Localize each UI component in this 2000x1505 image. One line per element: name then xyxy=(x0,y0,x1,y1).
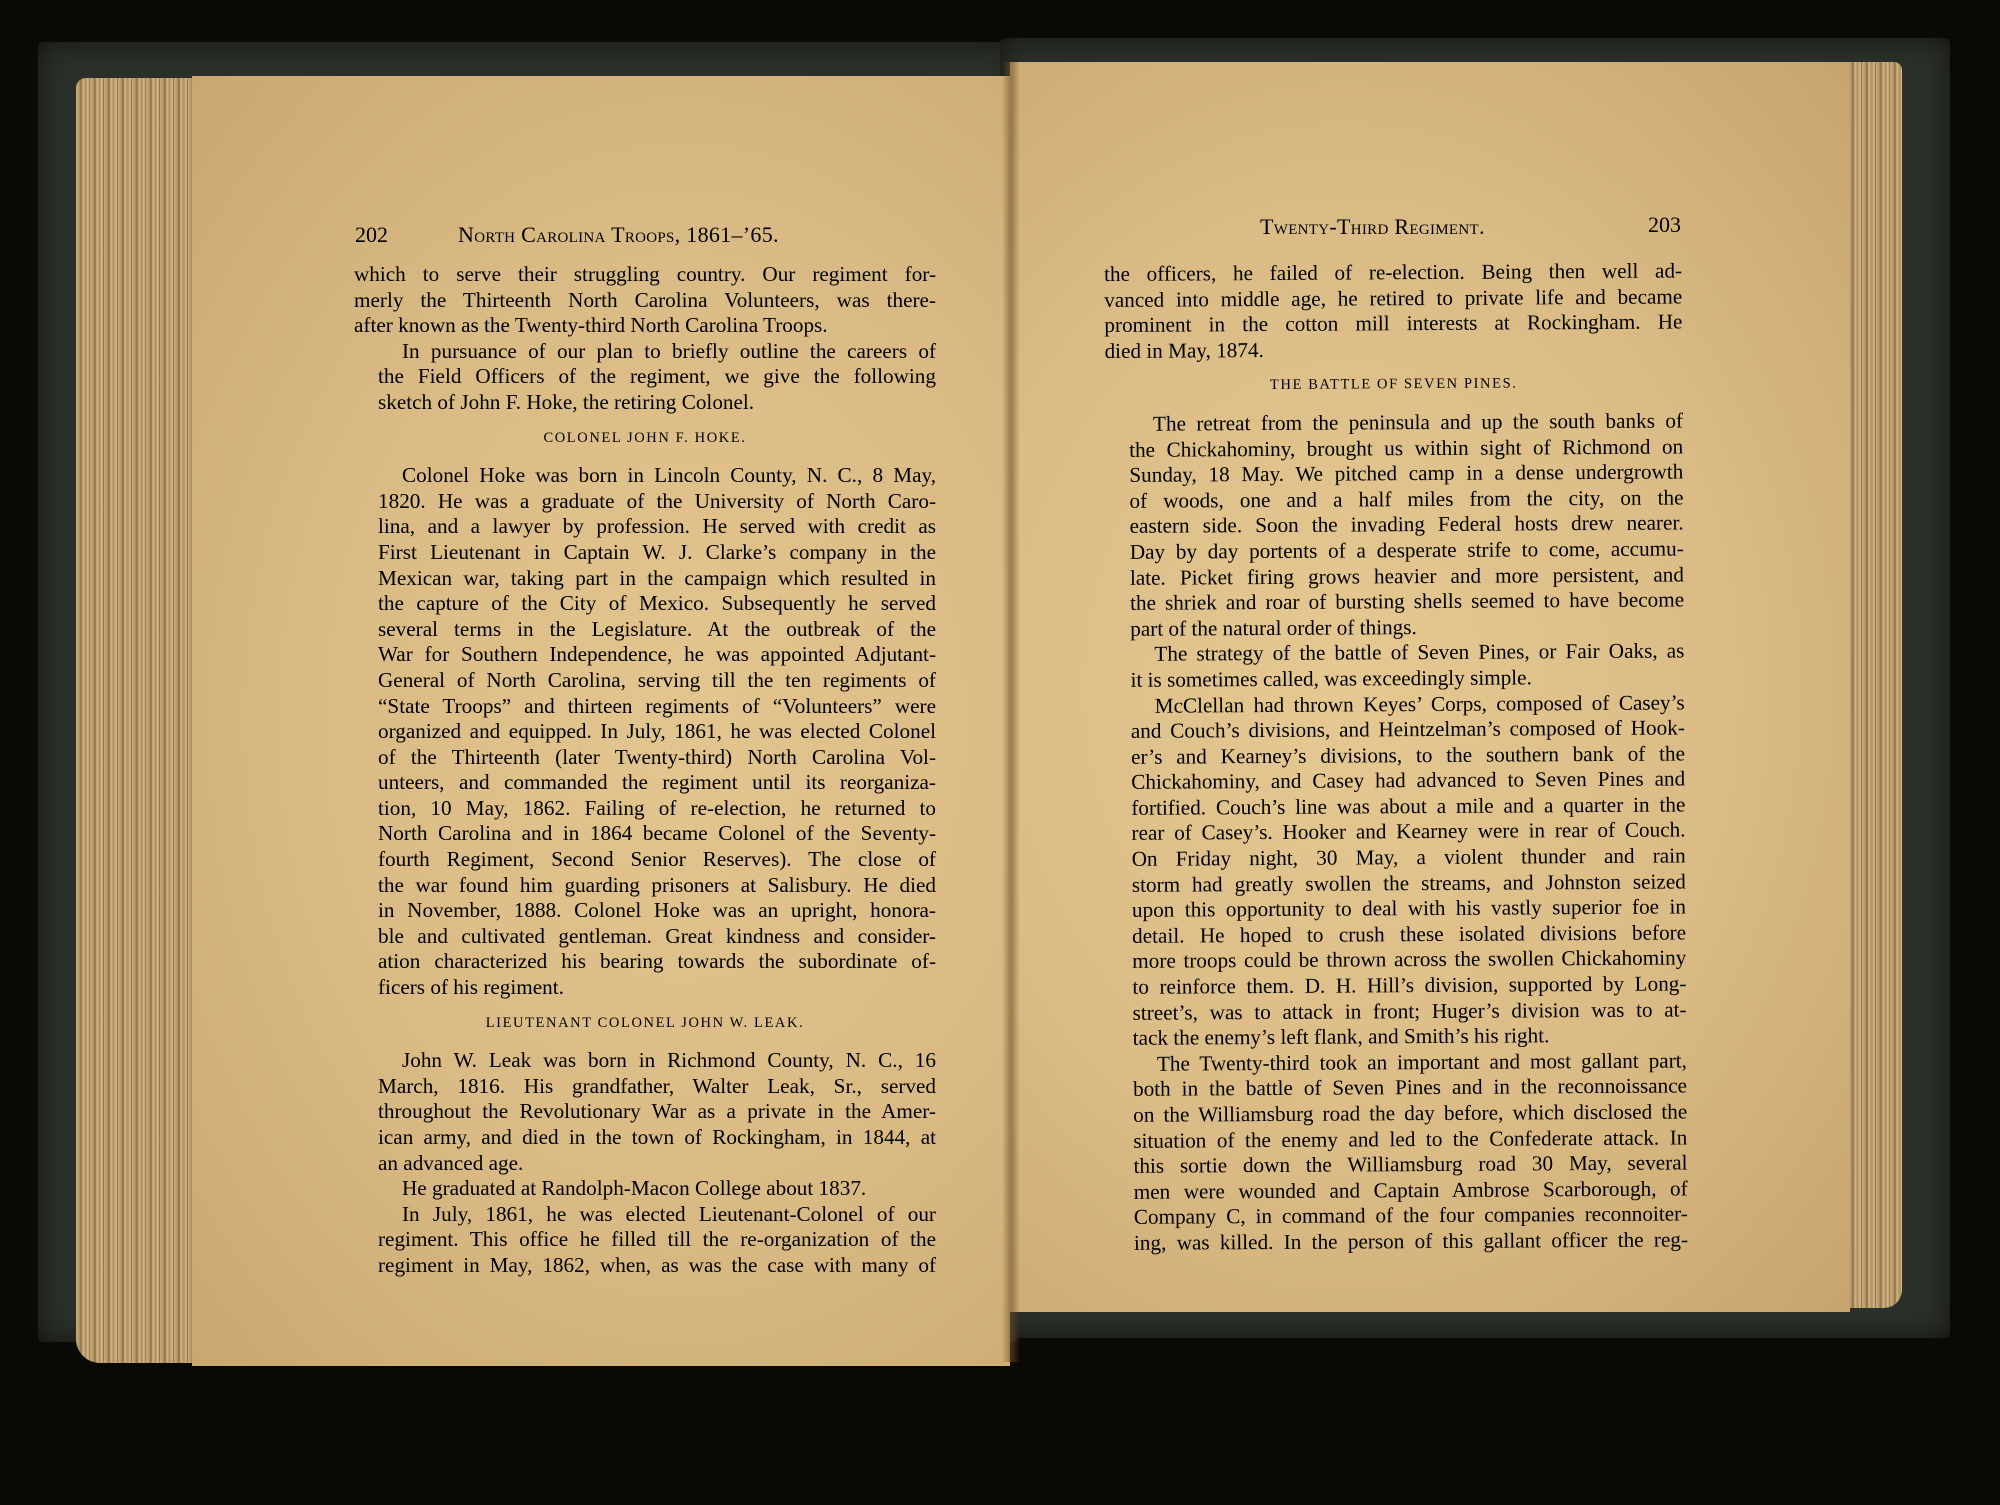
text-line: detail. He hoped to crush these isolated… xyxy=(1108,920,1686,949)
text-line: after known as the Twenty-third North Ca… xyxy=(354,313,936,339)
paragraph: John W. Leak was born in Richmond County… xyxy=(354,1048,936,1176)
right-page-number: 203 xyxy=(1648,212,1681,238)
text-line: Sunday, 18 May. We pitched camp in a den… xyxy=(1105,460,1683,489)
section-heading: LIEUTENANT COLONEL JOHN W. LEAK. xyxy=(354,1011,936,1037)
text-line: to reinforce them. D. H. Hill’s division… xyxy=(1108,971,1686,1000)
left-page-number: 202 xyxy=(355,222,388,248)
text-line: ficers of his regiment. xyxy=(354,975,936,1001)
book-gutter xyxy=(1002,62,1020,1362)
text-line: upon this opportunity to deal with his v… xyxy=(1108,895,1686,924)
text-line: sketch of John F. Hoke, the retiring Col… xyxy=(354,390,936,416)
text-line: The strategy of the battle of Seven Pine… xyxy=(1106,639,1684,668)
text-line: er’s and Kearney’s divisions, to the sou… xyxy=(1107,741,1685,770)
text-line: in November, 1888. Colonel Hoke was an u… xyxy=(354,898,936,924)
text-line: men were wounded and Captain Ambrose Sca… xyxy=(1110,1176,1688,1205)
text-line: ing, was killed. In the person of this g… xyxy=(1110,1227,1688,1256)
text-line: vanced into middle age, he retired to pr… xyxy=(1104,284,1682,313)
paragraph: In July, 1861, he was elected Lieutenant… xyxy=(354,1202,936,1279)
page-edges-right xyxy=(1848,62,1902,1308)
text-line: War for Southern Independence, he was ap… xyxy=(354,642,936,668)
text-line: The Twenty-third took an important and m… xyxy=(1109,1048,1687,1077)
text-line: General of North Carolina, serving till … xyxy=(354,668,936,694)
paragraph: The strategy of the battle of Seven Pine… xyxy=(1106,639,1684,694)
text-line: tion, 10 May, 1862. Failing of re-electi… xyxy=(354,796,936,822)
text-line: tack the enemy’s left flank, and Smith’s… xyxy=(1109,1023,1687,1052)
text-line: late. Picket firing grows heavier and mo… xyxy=(1106,562,1684,591)
paragraph: The Twenty-third took an important and m… xyxy=(1109,1048,1688,1256)
text-line: merly the Thirteenth North Carolina Volu… xyxy=(354,288,936,314)
text-line: organized and equipped. In July, 1861, h… xyxy=(354,719,936,745)
text-line: more troops could be thrown across the s… xyxy=(1108,946,1686,975)
text-line: “State Troops” and thirteen regiments of… xyxy=(354,694,936,720)
text-line: March, 1816. His grandfather, Walter Lea… xyxy=(354,1074,936,1100)
text-line: rear of Casey’s. Hooker and Kearney were… xyxy=(1107,818,1685,847)
text-line: Company C, in command of the four compan… xyxy=(1110,1202,1688,1231)
text-line: lina, and a lawyer by profession. He ser… xyxy=(354,514,936,540)
right-running-head: Twenty-Third Regiment. xyxy=(1260,214,1485,240)
paragraph: McClellan had thrown Keyes’ Corps, compo… xyxy=(1107,690,1687,1052)
text-line: situation of the enemy and led to the Co… xyxy=(1109,1125,1687,1154)
text-line: which to serve their struggling country.… xyxy=(354,262,936,288)
paragraph: Colonel Hoke was born in Lincoln County,… xyxy=(354,463,936,1000)
text-line: regiment in May, 1862, when, as was the … xyxy=(354,1253,936,1279)
left-page-text: which to serve their struggling country.… xyxy=(354,262,936,1279)
text-line: He graduated at Randolph-Macon College a… xyxy=(354,1176,936,1202)
paragraph: which to serve their struggling country.… xyxy=(354,262,936,339)
text-line: the officers, he failed of re-election. … xyxy=(1104,258,1682,287)
text-line: unteers, and commanded the regiment unti… xyxy=(354,770,936,796)
right-running-head-text: Twenty-Third Regiment. xyxy=(1260,214,1485,239)
section-heading: THE BATTLE OF SEVEN PINES. xyxy=(1105,371,1683,400)
text-line: part of the natural order of things. xyxy=(1106,613,1684,642)
text-line: John W. Leak was born in Richmond County… xyxy=(354,1048,936,1074)
text-line: 1820. He was a graduate of the Universit… xyxy=(354,489,936,515)
text-line: street’s, was to attack in front; Huger’… xyxy=(1109,997,1687,1026)
text-line: ation characterized his bearing towards … xyxy=(354,949,936,975)
text-line: on the Williamsburg road the day before,… xyxy=(1109,1099,1687,1128)
text-line: Mexican war, taking part in the campaign… xyxy=(354,566,936,592)
text-line: died in May, 1874. xyxy=(1104,335,1682,364)
text-line: The retreat from the peninsula and up th… xyxy=(1105,408,1683,437)
left-running-head-text: North Carolina Troops, 1861–’65. xyxy=(458,222,779,247)
text-line: In pursuance of our plan to briefly outl… xyxy=(354,339,936,365)
text-line: several terms in the Legislature. At the… xyxy=(354,617,936,643)
text-line: storm had greatly swollen the streams, a… xyxy=(1108,869,1686,898)
text-line: On Friday night, 30 May, a violent thund… xyxy=(1108,844,1686,873)
paragraph: The retreat from the peninsula and up th… xyxy=(1105,408,1684,642)
text-line: the Chickahominy, brought us within sigh… xyxy=(1105,434,1683,463)
text-line: North Carolina and in 1864 became Colone… xyxy=(354,821,936,847)
section-heading: COLONEL JOHN F. HOKE. xyxy=(354,426,936,452)
paragraph: In pursuance of our plan to briefly outl… xyxy=(354,339,936,416)
text-line: of woods, one and a half miles from the … xyxy=(1105,485,1683,514)
text-line: McClellan had thrown Keyes’ Corps, compo… xyxy=(1107,690,1685,719)
text-line: fourth Regiment, Second Senior Reserves)… xyxy=(354,847,936,873)
page-edges-left xyxy=(76,78,196,1363)
text-line: Colonel Hoke was born in Lincoln County,… xyxy=(354,463,936,489)
left-running-head: North Carolina Troops, 1861–’65. xyxy=(458,222,779,248)
text-line: regiment. This office he filled till the… xyxy=(354,1227,936,1253)
text-line: of the Thirteenth (later Twenty-third) N… xyxy=(354,745,936,771)
text-line: and Couch’s divisions, and Heintzelman’s… xyxy=(1107,716,1685,745)
right-page-text: the officers, he failed of re-election. … xyxy=(1104,258,1688,1256)
text-line: the war found him guarding prisoners at … xyxy=(354,873,936,899)
text-line: fortified. Couch’s line was about a mile… xyxy=(1107,792,1685,821)
text-line: the shriek and roar of bursting shells s… xyxy=(1106,588,1684,617)
text-line: In July, 1861, he was elected Lieutenant… xyxy=(354,1202,936,1228)
text-line: an advanced age. xyxy=(354,1151,936,1177)
text-line: this sortie down the Williamsburg road 3… xyxy=(1109,1151,1687,1180)
text-line: throughout the Revolutionary War as a pr… xyxy=(354,1099,936,1125)
text-line: eastern side. Soon the invading Federal … xyxy=(1106,511,1684,540)
text-line: Chickahominy, and Casey had advanced to … xyxy=(1107,767,1685,796)
text-line: Day by day portents of a desperate strif… xyxy=(1106,536,1684,565)
text-line: it is sometimes called, was exceedingly … xyxy=(1106,664,1684,693)
text-line: the Field Officers of the regiment, we g… xyxy=(354,364,936,390)
text-line: ican army, and died in the town of Rocki… xyxy=(354,1125,936,1151)
paragraph: the officers, he failed of re-election. … xyxy=(1104,258,1683,364)
text-line: First Lieutenant in Captain W. J. Clarke… xyxy=(354,540,936,566)
text-line: both in the battle of Seven Pines and in… xyxy=(1109,1074,1687,1103)
text-line: prominent in the cotton mill interests a… xyxy=(1104,310,1682,339)
paragraph: He graduated at Randolph-Macon College a… xyxy=(354,1176,936,1202)
text-line: ble and cultivated gentleman. Great kind… xyxy=(354,924,936,950)
text-line: the capture of the City of Mexico. Subse… xyxy=(354,591,936,617)
